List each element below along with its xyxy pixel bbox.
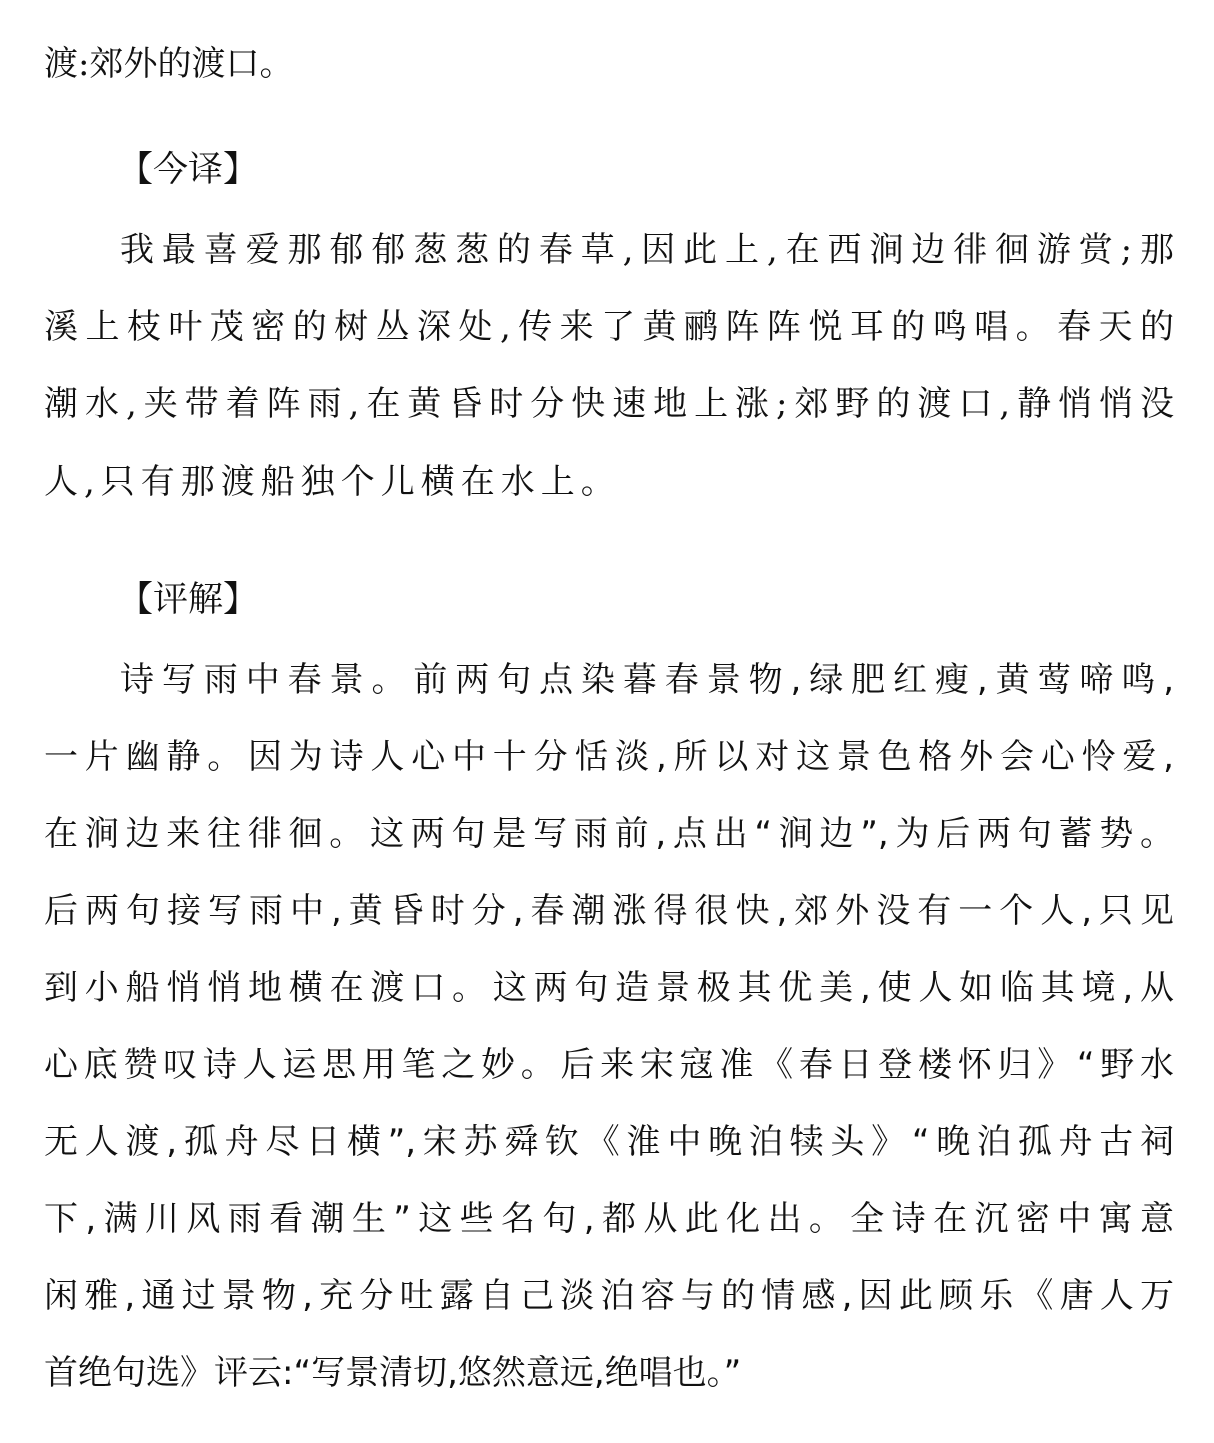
note-line: 渡:郊外的渡口。: [44, 44, 1174, 84]
commentary-line: 一片幽静。因为诗人心中十分恬淡,所以对这景色格外会心怜爱,: [44, 737, 1174, 777]
commentary-line: 在涧边来往徘徊。这两句是写雨前,点出“涧边”,为后两句蓄势。: [44, 814, 1174, 854]
commentary-line: 下,满川风雨看潮生”这些名句,都从此化出。全诗在沉密中寓意: [44, 1199, 1174, 1239]
translation-line: 潮水,夹带着阵雨,在黄昏时分快速地上涨;郊野的渡口,静悄悄没: [44, 384, 1174, 424]
commentary-line: 后两句接写雨中,黄昏时分,春潮涨得很快,郊外没有一个人,只见: [44, 891, 1174, 931]
translation-line: 人,只有那渡船独个儿横在水上。: [44, 462, 1174, 502]
commentary-heading: 【评解】: [118, 580, 1214, 620]
translation-line: 我最喜爱那郁郁葱葱的春草,因此上,在西涧边徘徊游赏;那: [120, 230, 1174, 270]
commentary-line: 闲雅,通过景物,充分吐露自己淡泊容与的情感,因此顾乐《唐人万: [44, 1276, 1174, 1316]
commentary-line: 无人渡,孤舟尽日横”,宋苏舜钦《淮中晚泊犊头》“晚泊孤舟古祠: [44, 1122, 1174, 1162]
translation-line: 溪上枝叶茂密的树丛深处,传来了黄鹂阵阵悦耳的鸣唱。春天的: [44, 307, 1174, 347]
commentary-line: 心底赞叹诗人运思用笔之妙。后来宋寇准《春日登楼怀归》“野水: [44, 1045, 1174, 1085]
translation-heading: 【今译】: [118, 150, 1214, 190]
commentary-line: 诗写雨中春景。前两句点染暮春景物,绿肥红瘦,黄莺啼鸣,: [120, 660, 1174, 700]
commentary-line: 首绝句选》评云:“写景清切,悠然意远,绝唱也。”: [44, 1353, 1174, 1393]
commentary-line: 到小船悄悄地横在渡口。这两句造景极其优美,使人如临其境,从: [44, 968, 1174, 1008]
